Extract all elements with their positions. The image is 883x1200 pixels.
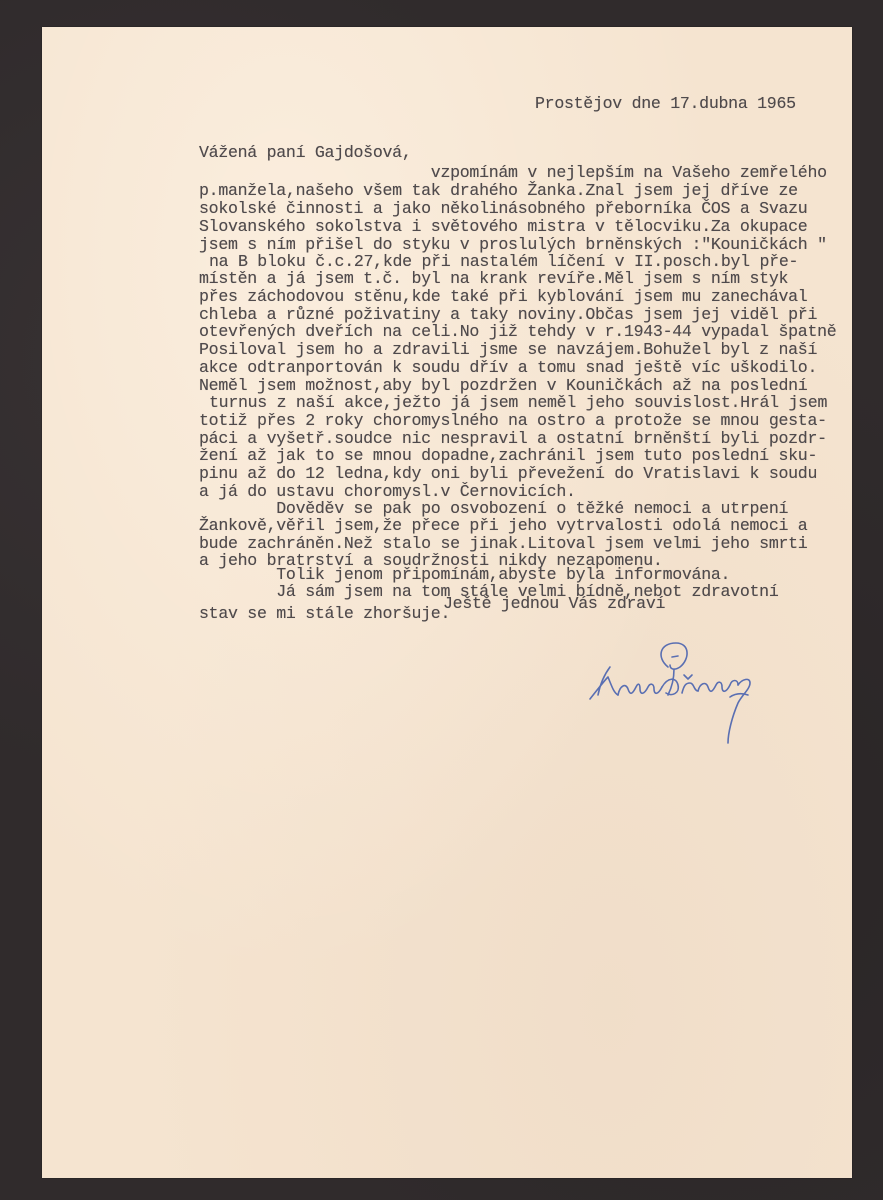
- body-line: totiž přes 2 roky choromyslného na ostro…: [199, 413, 827, 430]
- closing-line: Ještě jednou Vás zdraví: [443, 596, 665, 613]
- letter-page: Prostějov dne 17.dubna 1965 Vážená paní …: [42, 27, 852, 1178]
- dateline: Prostějov dne 17.dubna 1965: [535, 96, 796, 113]
- body-line: přes záchodovou stěnu,kde také při kyblo…: [199, 289, 807, 306]
- body-line: turnus z naší akce,ježto já jsem neměl j…: [209, 395, 827, 412]
- body-line: Žankově,věřil jsem,že přece při jeho vyt…: [199, 518, 807, 535]
- body-line: p.manžela,našeho všem tak drahého Žanka.…: [199, 183, 798, 200]
- body-line: vzpomínám v nejlepším na Vašeho zemřeléh…: [199, 165, 827, 182]
- body-line: žení až jak to se mnou dopadne,zachránil…: [199, 448, 817, 465]
- signature: [560, 637, 800, 757]
- salutation: Vážená paní Gajdošová,: [199, 145, 411, 162]
- body-line: Posiloval jsem ho a zdravili jsme se nav…: [199, 342, 817, 359]
- body-line: otevřených dveřích na celi.No již tehdy …: [199, 324, 836, 341]
- body-line: akce odtranportován k soudu dřív a tomu …: [199, 360, 817, 377]
- body-line: místěn a já jsem t.č. byl na krank revíř…: [199, 271, 788, 288]
- body-line: stav se mi stále zhoršuje.: [199, 606, 450, 623]
- body-line: pinu až do 12 ledna,kdy oni byli převeže…: [199, 466, 817, 483]
- body-line: Slovanského sokolstva i světového mistra…: [199, 219, 807, 236]
- body-line: sokolské činnosti a jako několinásobného…: [199, 201, 807, 218]
